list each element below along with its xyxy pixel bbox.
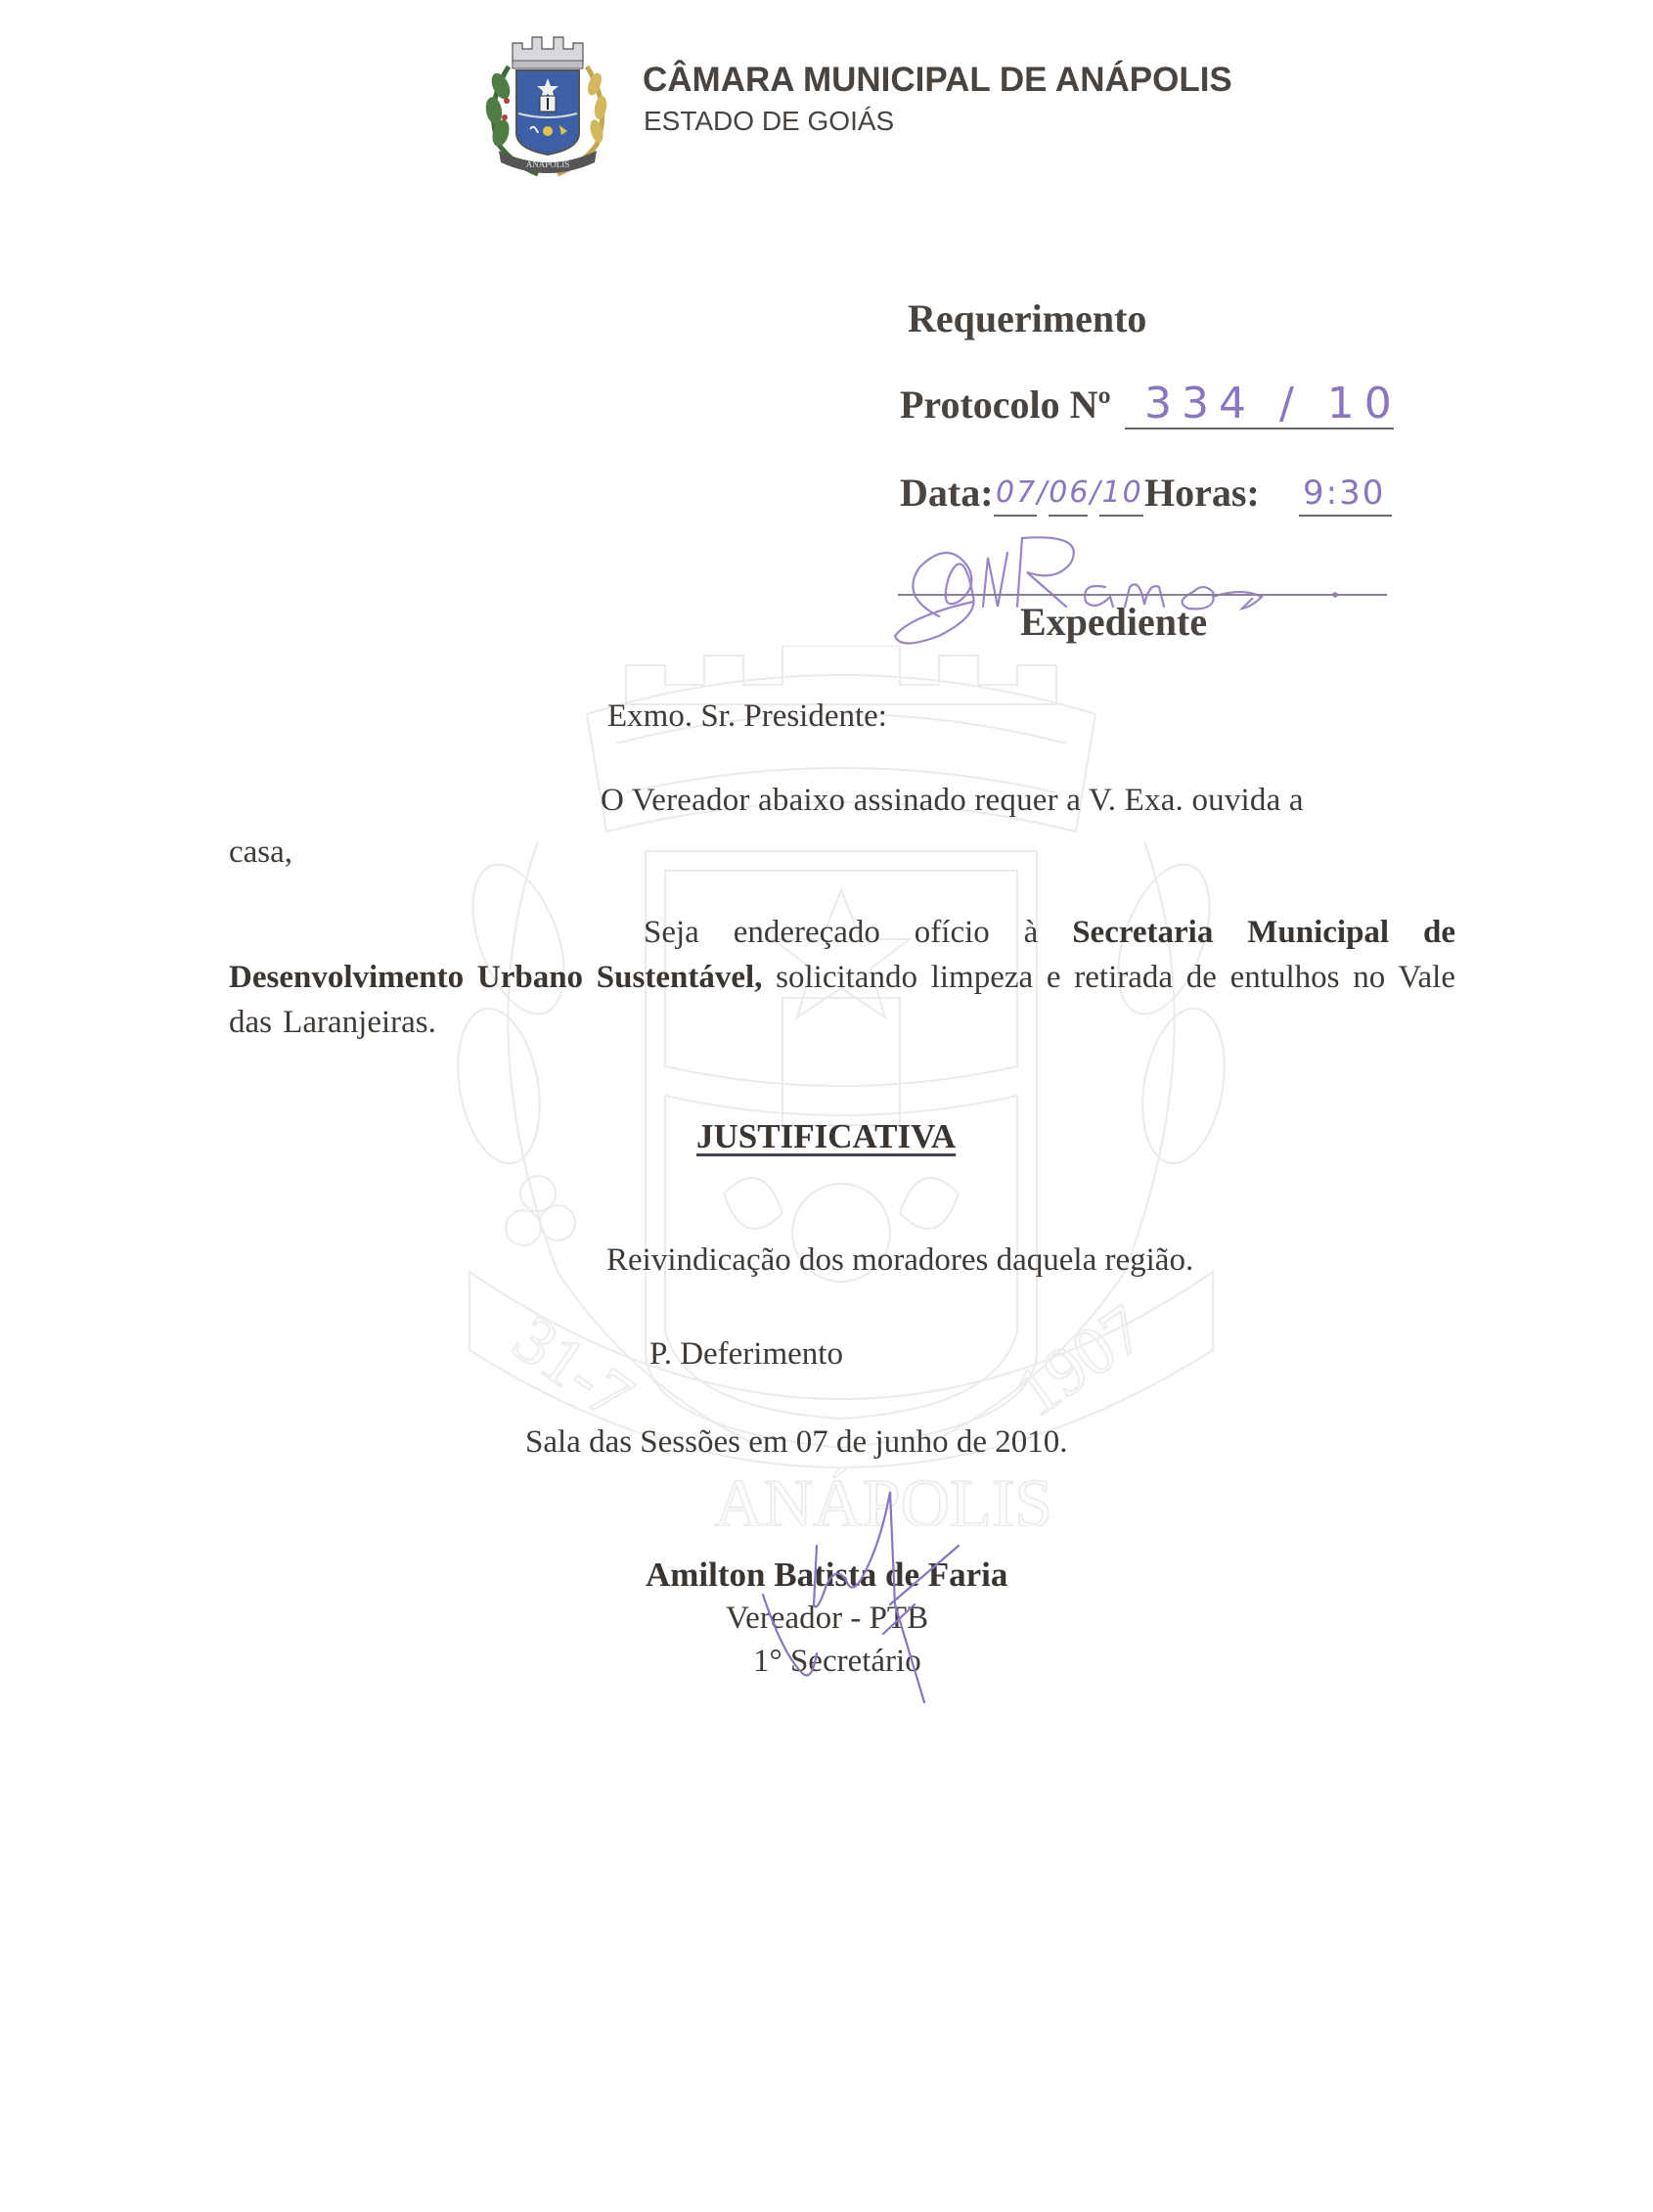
justification-heading: JUSTIFICATIVA (696, 1117, 956, 1156)
place-and-date: Sala das Sessões em 07 de junho de 2010. (525, 1424, 1068, 1461)
document-type-title: Requerimento (908, 295, 1146, 341)
svg-text:31-7: 31-7 (500, 1301, 646, 1435)
state-name: ESTADO DE GOIÁS (644, 106, 894, 137)
request-prefix: Seja endereçado ofício à (644, 915, 1072, 950)
watermark-crest-icon: 31-7 1907 ANÁPOLIS (411, 646, 1272, 1526)
closing-formula: P. Deferimento (649, 1336, 843, 1373)
protocol-label: Protocolo Nº (900, 382, 1111, 428)
date-day: 07 (996, 475, 1037, 510)
date-year-underline (1099, 515, 1143, 517)
clerk-signature-line (898, 594, 1387, 596)
date-day-underline (994, 515, 1037, 517)
hours-label: Horas: (1144, 470, 1260, 516)
coat-of-arms-icon: ANÁPOLIS (479, 27, 616, 179)
intro-line: O Vereador abaixo assinado requer a V. E… (601, 783, 1304, 819)
hours-handwritten: 9:30 (1303, 474, 1385, 513)
protocol-underline (1125, 428, 1394, 429)
councillor-signature-icon (724, 1487, 978, 1712)
request-paragraph: Seja endereçado ofício à Secretaria Muni… (229, 910, 1455, 1045)
svg-text:1907: 1907 (1003, 1291, 1158, 1431)
salutation: Exmo. Sr. Presidente: (607, 699, 887, 735)
intro-continuation: casa, (229, 835, 292, 871)
hours-underline (1299, 515, 1392, 517)
date-month-underline (1049, 515, 1088, 517)
date-label: Data: (900, 470, 994, 516)
svg-text:ANÁPOLIS: ANÁPOLIS (526, 159, 570, 169)
date-handwritten: 07/06/10 (996, 475, 1143, 510)
date-month: 06 (1049, 475, 1090, 510)
date-year: 10 (1102, 475, 1143, 510)
justification-text: Reivindicação dos moradores daquela regi… (606, 1242, 1193, 1279)
institution-name: CÂMARA MUNICIPAL DE ANÁPOLIS (643, 61, 1232, 100)
protocol-number-handwritten: 334 / 10 (1144, 379, 1402, 429)
expediente-label: Expediente (1020, 599, 1207, 645)
